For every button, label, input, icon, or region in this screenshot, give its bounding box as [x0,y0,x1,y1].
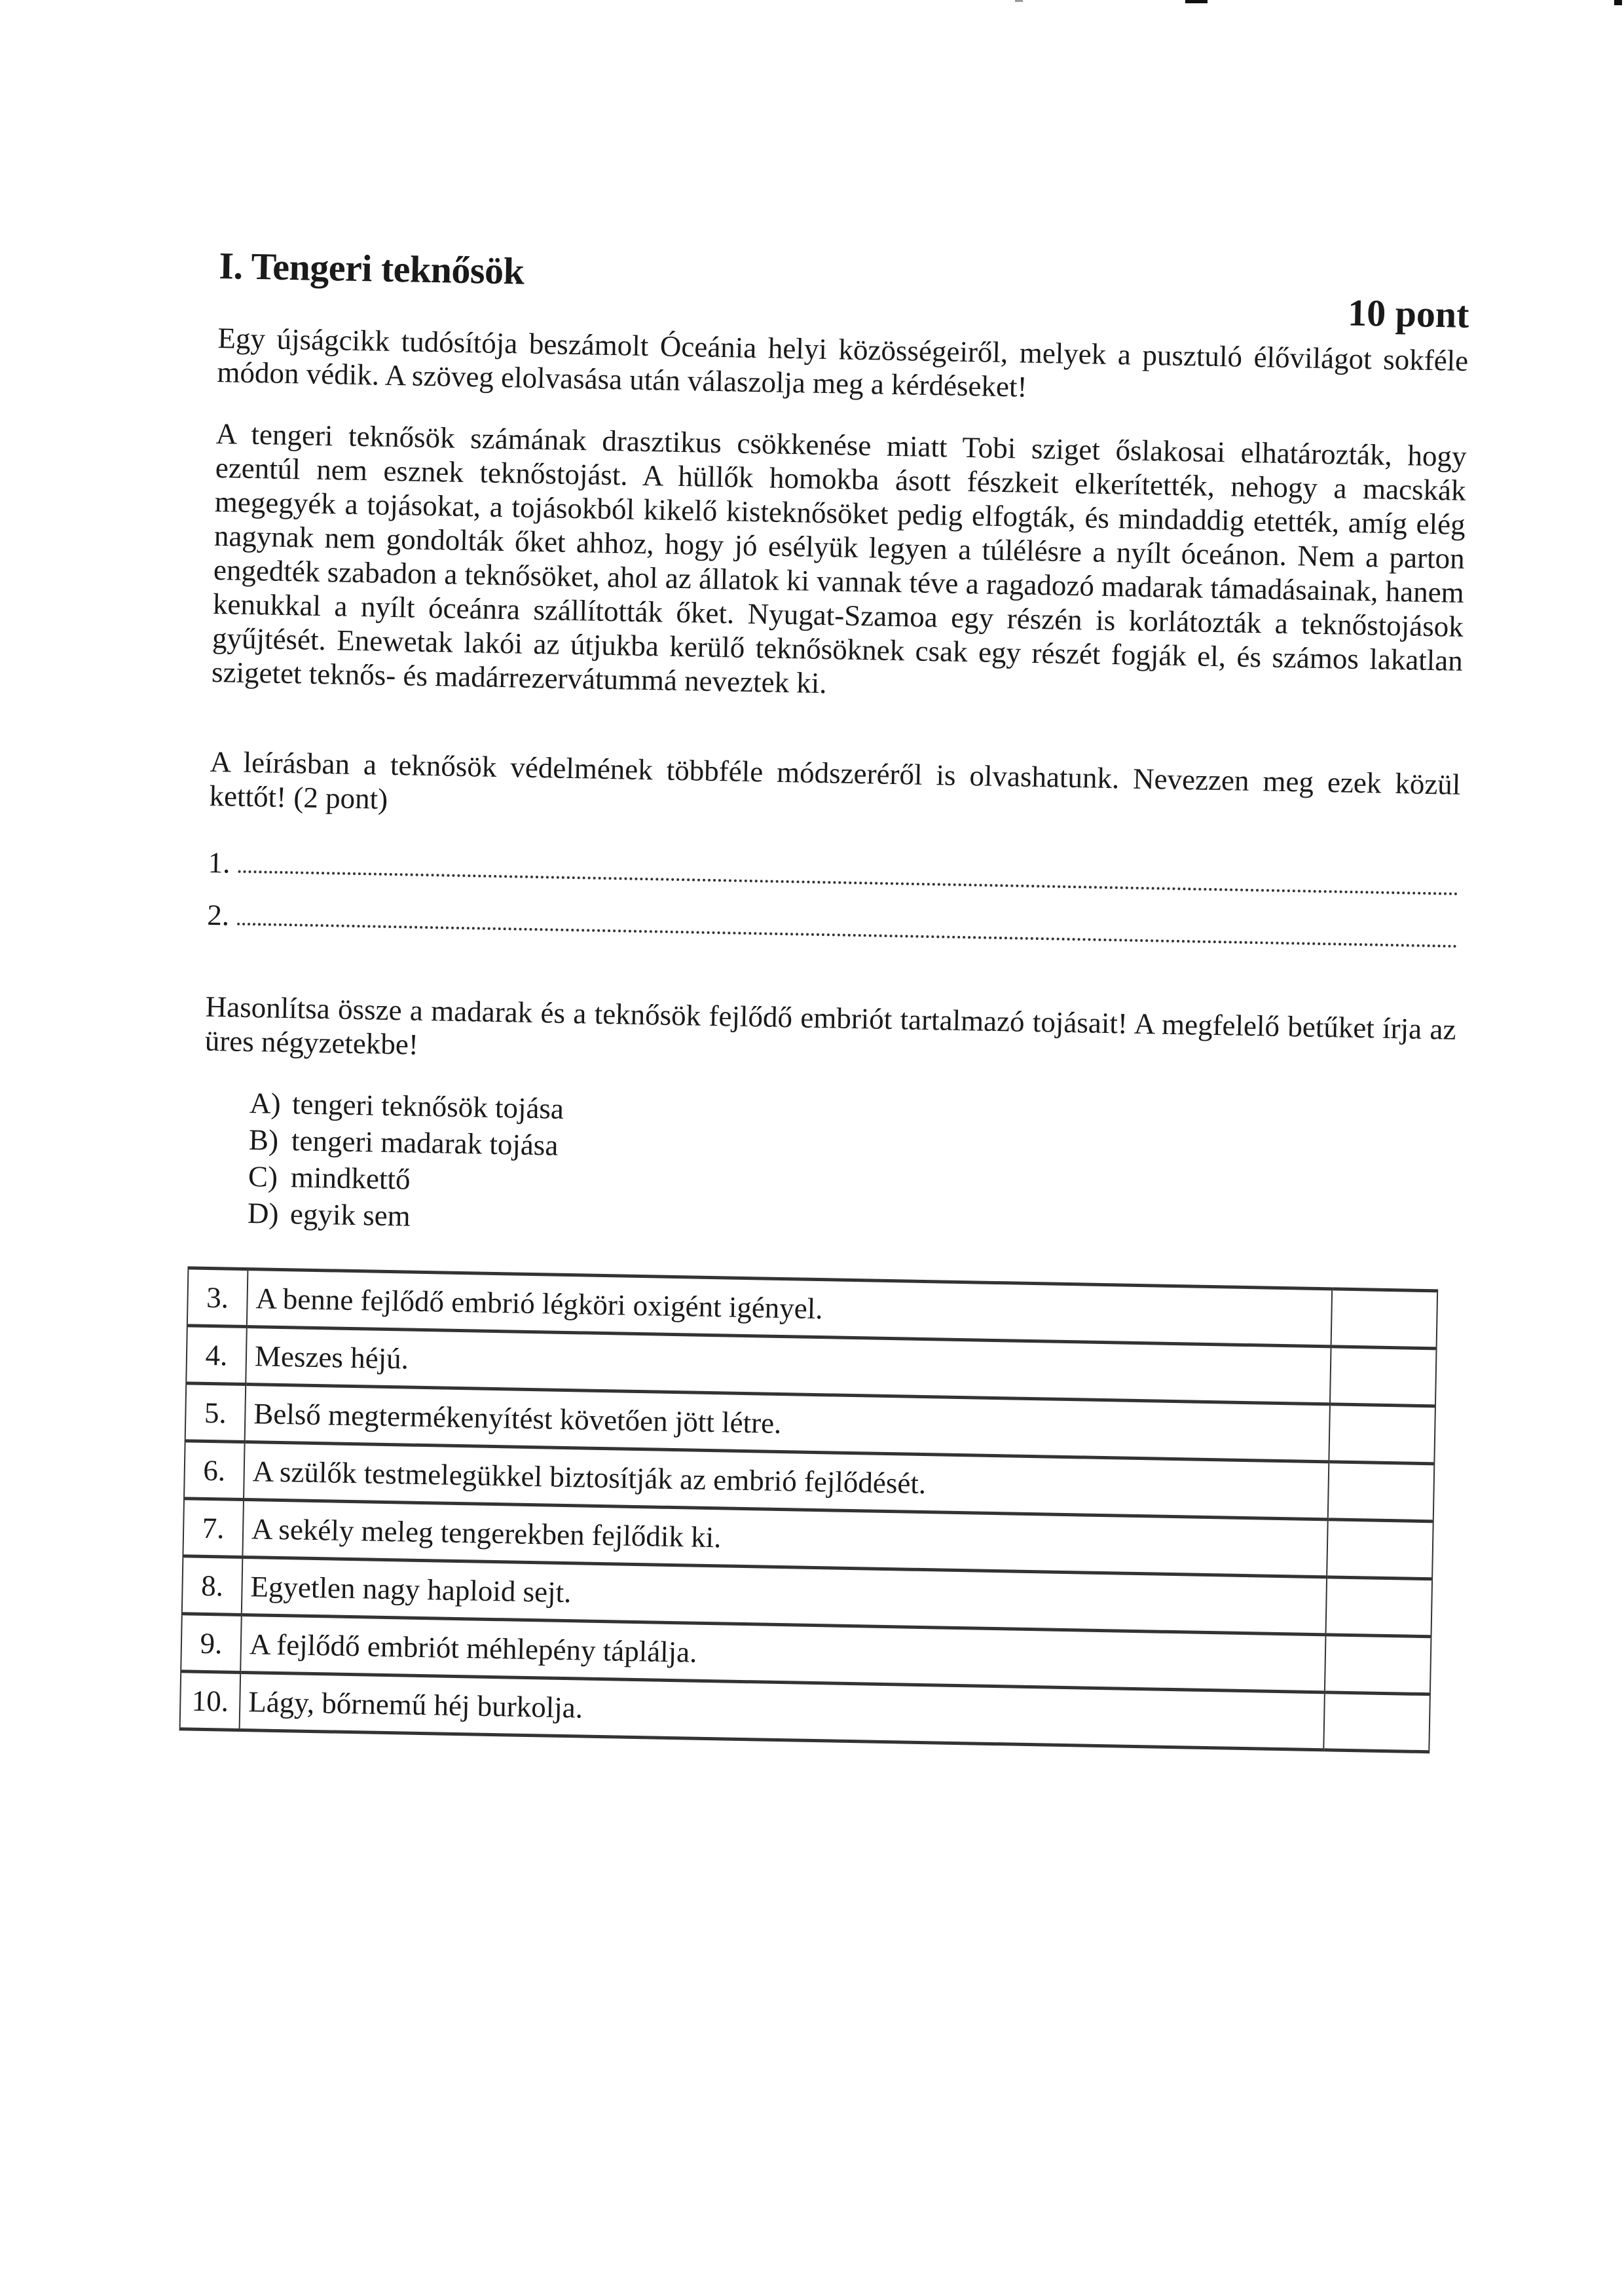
section-points: 10 pont [1348,296,1469,332]
answer-box[interactable] [1329,1404,1435,1464]
statements-table: 3.A benne fejlődő embrió légköri oxigént… [179,1266,1439,1753]
option-label: tengeri teknősök tojása [292,1085,564,1127]
answer-field-1[interactable] [238,848,1459,895]
option-list: A)tengeri teknősök tojásaB)tengeri madar… [248,1085,1455,1254]
article-text: A tengeri teknősök számának drasztikus c… [212,417,1467,712]
option-letter: B) [249,1121,292,1159]
answer-lines: 1. 2. [206,846,1459,973]
scan-mark [1015,0,1023,2]
answer-box[interactable] [1323,1692,1430,1752]
section-title: I. Tengeri teknősök [219,249,525,289]
statement-number: 8. [182,1556,243,1615]
answer-box[interactable] [1328,1462,1435,1521]
statement-number: 4. [186,1326,247,1385]
option-label: egyik sem [290,1195,411,1234]
answer-number: 1. [208,846,234,880]
statement-number: 7. [183,1499,244,1558]
option-label: tengeri madarak tojása [291,1122,559,1163]
statement-number: 9. [181,1614,242,1673]
statement-number: 6. [184,1441,245,1500]
statement-number: 5. [185,1383,246,1442]
answer-box[interactable] [1331,1289,1438,1349]
answer-number: 2. [207,898,234,933]
answer-box[interactable] [1326,1577,1433,1637]
exam-page: I. Tengeri teknősök 10 pont Egy újságcik… [193,249,1470,1754]
question-methods: A leírásban a teknősök védelmének többfé… [209,745,1461,836]
option-label: mindkettő [291,1159,411,1197]
statement-number: 3. [187,1268,248,1327]
answer-box[interactable] [1330,1347,1437,1406]
scan-mark [1614,0,1622,5]
scan-mark [1200,0,1208,3]
option-letter: D) [248,1195,291,1232]
option-letter: C) [248,1158,291,1195]
statement-number: 10. [180,1671,241,1730]
answer-box[interactable] [1325,1635,1431,1694]
question-eggs: Hasonlítsa össze a madarak és a teknősök… [204,990,1456,1081]
option-letter: A) [249,1085,293,1122]
answer-box[interactable] [1327,1520,1433,1579]
